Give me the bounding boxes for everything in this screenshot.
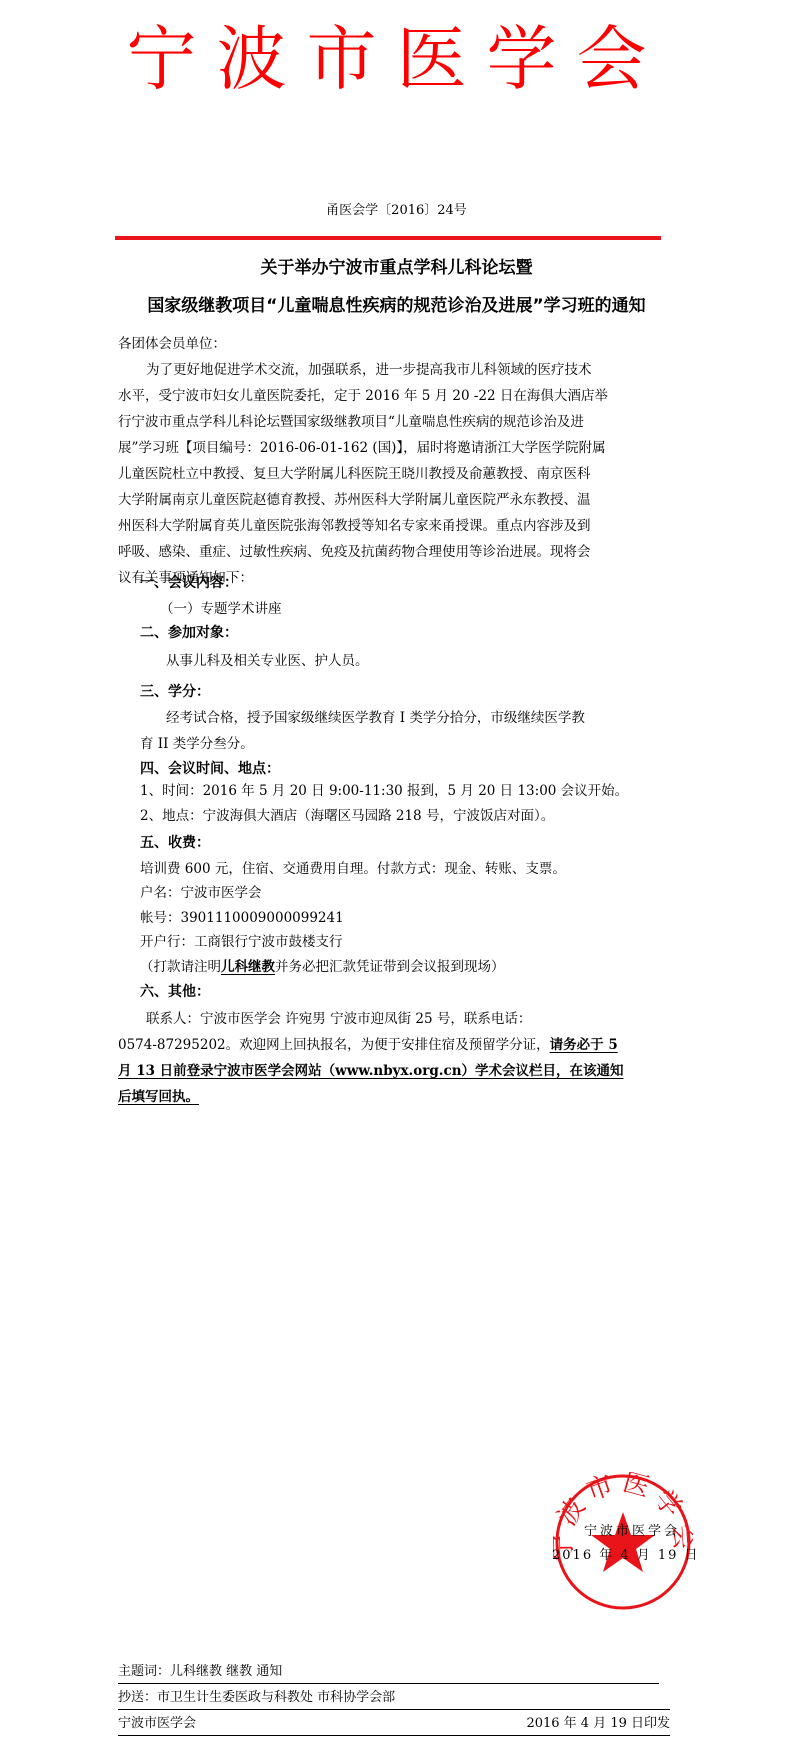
footer-cc: 抄送：市卫生计生委医政与科教处 市科协学会部	[118, 1687, 670, 1710]
account-name: 户名：宁波市医学会	[140, 880, 262, 906]
intro-line: 为了更好地促进学术交流，加强联系，进一步提高我市儿科领域的医疗技术	[118, 357, 670, 383]
account-number: 帐号：39011100090000​99241	[140, 905, 344, 931]
salutation: 各团体会员单位：	[118, 331, 670, 357]
section-item: （一）专题学术讲座	[160, 596, 282, 622]
intro-line: 展”学习班【项目编号：2016-06-01-162 (国)】，届时将邀请浙江大学…	[118, 435, 670, 461]
intro-line: 大学附属南京儿童医院赵德育教授、苏州医科大学附属儿童医院严永东教授、温	[118, 487, 670, 513]
bank-name: 开户行：工商银行宁波市鼓楼支行	[140, 929, 343, 955]
registration-deadline: 请务必于 5	[550, 1037, 618, 1053]
intro-line: 州医科大学附属育英儿童医院张海邻教授等知名专家来甬授课。重点内容涉及到	[118, 513, 670, 539]
section-item: 2、地点：宁波海俱大酒店（海曙区马园路 218 号，宁波饭店对面）。	[140, 803, 554, 829]
intro-line: 行宁波市重点学科儿科论坛暨国家级继教项目“儿童喘息性疾病的规范诊治及进	[118, 409, 670, 435]
section-item: 经考试合格，授予国家级继续医学教育 I 类学分拾分，市级继续医学教	[166, 705, 670, 731]
intro-line: 呼吸、感染、重症、过敏性疾病、免疫及抗菌药物合理使用等诊治进展。现将会	[118, 539, 670, 565]
intro-line: 儿童医院杜立中教授、复旦大学附属儿科医院王晓川教授及俞蕙教授、南京医科	[118, 461, 670, 487]
notice-title-line-2: 国家级继教项目“儿童喘息性疾病的规范诊治及进展”学习班的通知	[0, 294, 793, 318]
signature-org: 宁波市医学会	[584, 1522, 680, 1542]
signature-date: 2016 年 4 月 19 日	[552, 1546, 700, 1566]
payment-note-prefix: （打款请注明	[140, 959, 221, 975]
section-item: 培训费 600 元，住宿、交通费用自理。付款方式：现金、转账、支票。	[140, 856, 566, 882]
notice-title-line-1: 关于举办宁波市重点学科儿科论坛暨	[0, 256, 793, 280]
footer-keywords: 主题词：儿科继教 继教 通知	[118, 1661, 659, 1684]
footer-issuer-row: 宁波市医学会 2016 年 4 月 19 日印发	[118, 1713, 670, 1736]
registration-website-line: 月 13 日前登录宁波市医学会网站（www.nbyx.org.cn）学术会议栏目…	[118, 1058, 624, 1084]
section-heading-fees: 五、收费：	[140, 830, 210, 856]
section-heading-other: 六、其他：	[140, 979, 210, 1005]
registration-text: 0574-87295202。欢迎网上回执报名，为便于安排住宿及预留学分证，	[118, 1037, 550, 1053]
document-number: 甬医会学〔2016〕24号	[0, 201, 793, 221]
organization-letterhead: 宁波市医学会	[0, 14, 793, 104]
registration-line: 0574-87295202。欢迎网上回执报名，为便于安排住宿及预留学分证，请务必…	[118, 1032, 678, 1058]
payment-note-emphasis: 儿科继教	[221, 959, 275, 975]
section-item: 1、时间：2016 年 5 月 20 日 9:00-11:30 报到，5 月 2…	[140, 778, 628, 804]
payment-note-suffix: 并务必把汇款凭证带到会议报到现场）	[275, 959, 505, 975]
footer-issuer: 宁波市医学会	[118, 1716, 196, 1731]
section-heading-content: 一、会议内容：	[140, 570, 238, 596]
section-item: 从事儿科及相关专业医、护人员。	[166, 648, 369, 674]
section-item: 育 II 类学分叁分。	[140, 731, 254, 757]
official-seal-icon: 宁波市医学会	[553, 1472, 693, 1612]
registration-tail-line: 后填写回执。	[118, 1084, 199, 1110]
section-heading-credits: 三、学分：	[140, 679, 210, 705]
footer-issue-date: 2016 年 4 月 19 日印发	[526, 1713, 670, 1735]
letterhead-divider	[115, 236, 661, 240]
intro-line: 水平，受宁波市妇女儿童医院委托，定于 2016 年 5 月 20 -22 日在海…	[118, 383, 670, 409]
section-heading-attendees: 二、参加对象：	[140, 620, 238, 646]
contact-line: 联系人：宁波市医学会 许宛男 宁波市迎凤街 25 号，联系电话：	[146, 1006, 670, 1032]
payment-note: （打款请注明儿科继教并务必把汇款凭证带到会议报到现场）	[140, 954, 505, 980]
intro-paragraph: 为了更好地促进学术交流，加强联系，进一步提高我市儿科领域的医疗技术 水平，受宁波…	[118, 357, 670, 591]
